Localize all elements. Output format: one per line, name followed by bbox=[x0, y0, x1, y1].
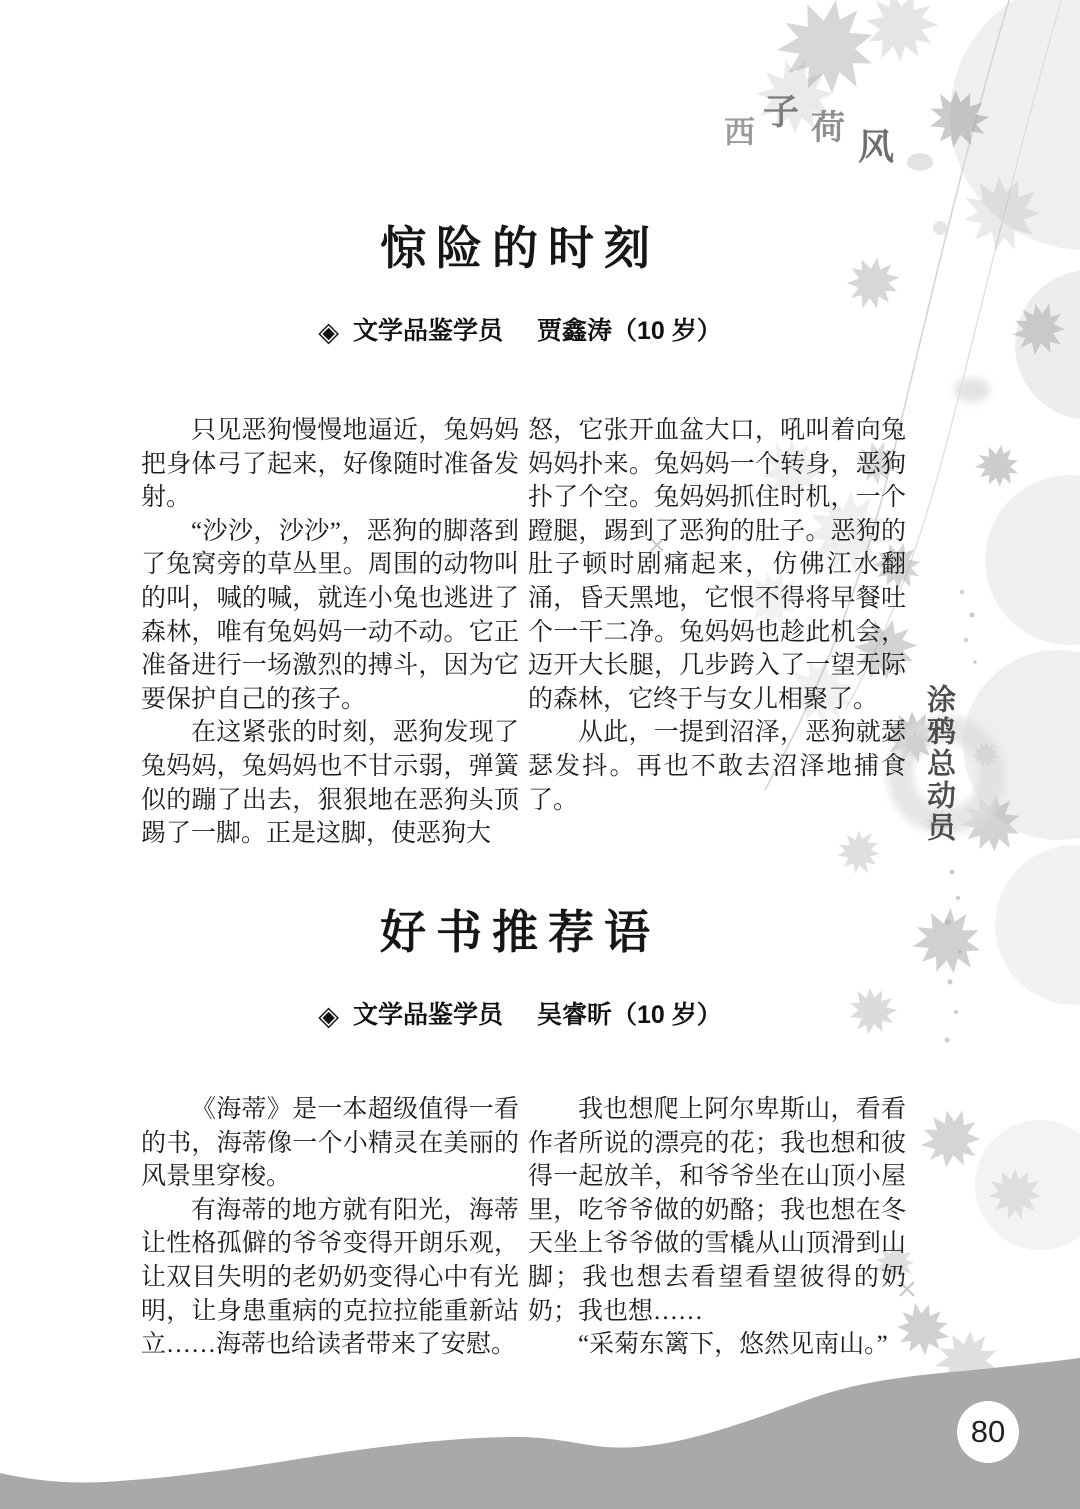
page-number: 80 bbox=[971, 1414, 1005, 1450]
article1-byline-role: 文学品鉴学员 bbox=[353, 317, 503, 345]
masthead-char-2: 子 bbox=[763, 84, 799, 135]
page-number-badge: 80 bbox=[957, 1401, 1019, 1463]
paragraph: 只见恶狗慢慢地逼近，兔妈妈把身体弓了起来，好像随时准备发射。 bbox=[141, 414, 519, 515]
article1-title: 惊险的时刻 bbox=[140, 220, 900, 276]
paragraph: 怒，它张开血盆大口，吼叫着向兔妈妈扑来。兔妈妈一个转身，恶狗扑了个空。兔妈妈抓住… bbox=[528, 414, 906, 716]
soft-circle-cluster bbox=[907, 0, 1080, 1250]
footer-wave bbox=[0, 1324, 1080, 1509]
masthead-char-1: 西 bbox=[724, 107, 755, 152]
paragraph: 从此，一提到沼泽，恶狗就瑟瑟发抖。再也不敢去沼泽地捕食了。 bbox=[528, 716, 906, 817]
article1-column-left: 只见恶狗慢慢地逼近，兔妈妈把身体弓了起来，好像随时准备发射。 “沙沙，沙沙”，恶… bbox=[141, 414, 519, 851]
paragraph: 我也想爬上阿尔卑斯山，看看作者所说的漂亮的花；我也想和彼得一起放羊，和爷爷坐在山… bbox=[528, 1093, 906, 1328]
section-badge-vertical: 涂鸦总动员 bbox=[919, 684, 960, 844]
article2-title: 好书推荐语 bbox=[140, 904, 900, 960]
article2-byline: ◈文学品鉴学员吴睿昕（10 岁） bbox=[140, 1000, 900, 1031]
article1-column-right: 怒，它张开血盆大口，吼叫着向兔妈妈扑来。兔妈妈一个转身，恶狗扑了个空。兔妈妈抓住… bbox=[528, 414, 906, 817]
article2-column-right: 我也想爬上阿尔卑斯山，看看作者所说的漂亮的花；我也想和彼得一起放羊，和爷爷坐在山… bbox=[528, 1093, 906, 1362]
article2-byline-author: 吴睿昕（10 岁） bbox=[537, 1001, 722, 1029]
diamond-bullet-icon: ◈ bbox=[318, 317, 339, 347]
paragraph: “沙沙，沙沙”，恶狗的脚落到了兔窝旁的草丛里。周围的动物叫的叫，喊的喊，就连小兔… bbox=[141, 515, 519, 717]
paragraph: 在这紧张的时刻，恶狗发现了兔妈妈，兔妈妈也不甘示弱，弹簧似的蹦了出去，狠狠地在恶… bbox=[141, 716, 519, 850]
article2-column-left: 《海蒂》是一本超级值得一看的书，海蒂像一个小精灵在美丽的风景里穿梭。 有海蒂的地… bbox=[141, 1093, 519, 1362]
article2-byline-role: 文学品鉴学员 bbox=[353, 1001, 503, 1029]
article1-byline-author: 贾鑫涛（10 岁） bbox=[537, 317, 722, 345]
masthead-char-3: 荷 bbox=[811, 100, 845, 149]
article1-byline: ◈文学品鉴学员贾鑫涛（10 岁） bbox=[140, 316, 900, 347]
masthead-char-4: 风 bbox=[858, 119, 894, 170]
magazine-page: 西 子 荷 风 惊险的时刻 ◈文学品鉴学员贾鑫涛（10 岁） 只见恶狗慢慢地逼近… bbox=[0, 0, 1080, 1509]
diamond-bullet-icon: ◈ bbox=[318, 1001, 339, 1031]
paragraph: 《海蒂》是一本超级值得一看的书，海蒂像一个小精灵在美丽的风景里穿梭。 bbox=[141, 1093, 519, 1194]
